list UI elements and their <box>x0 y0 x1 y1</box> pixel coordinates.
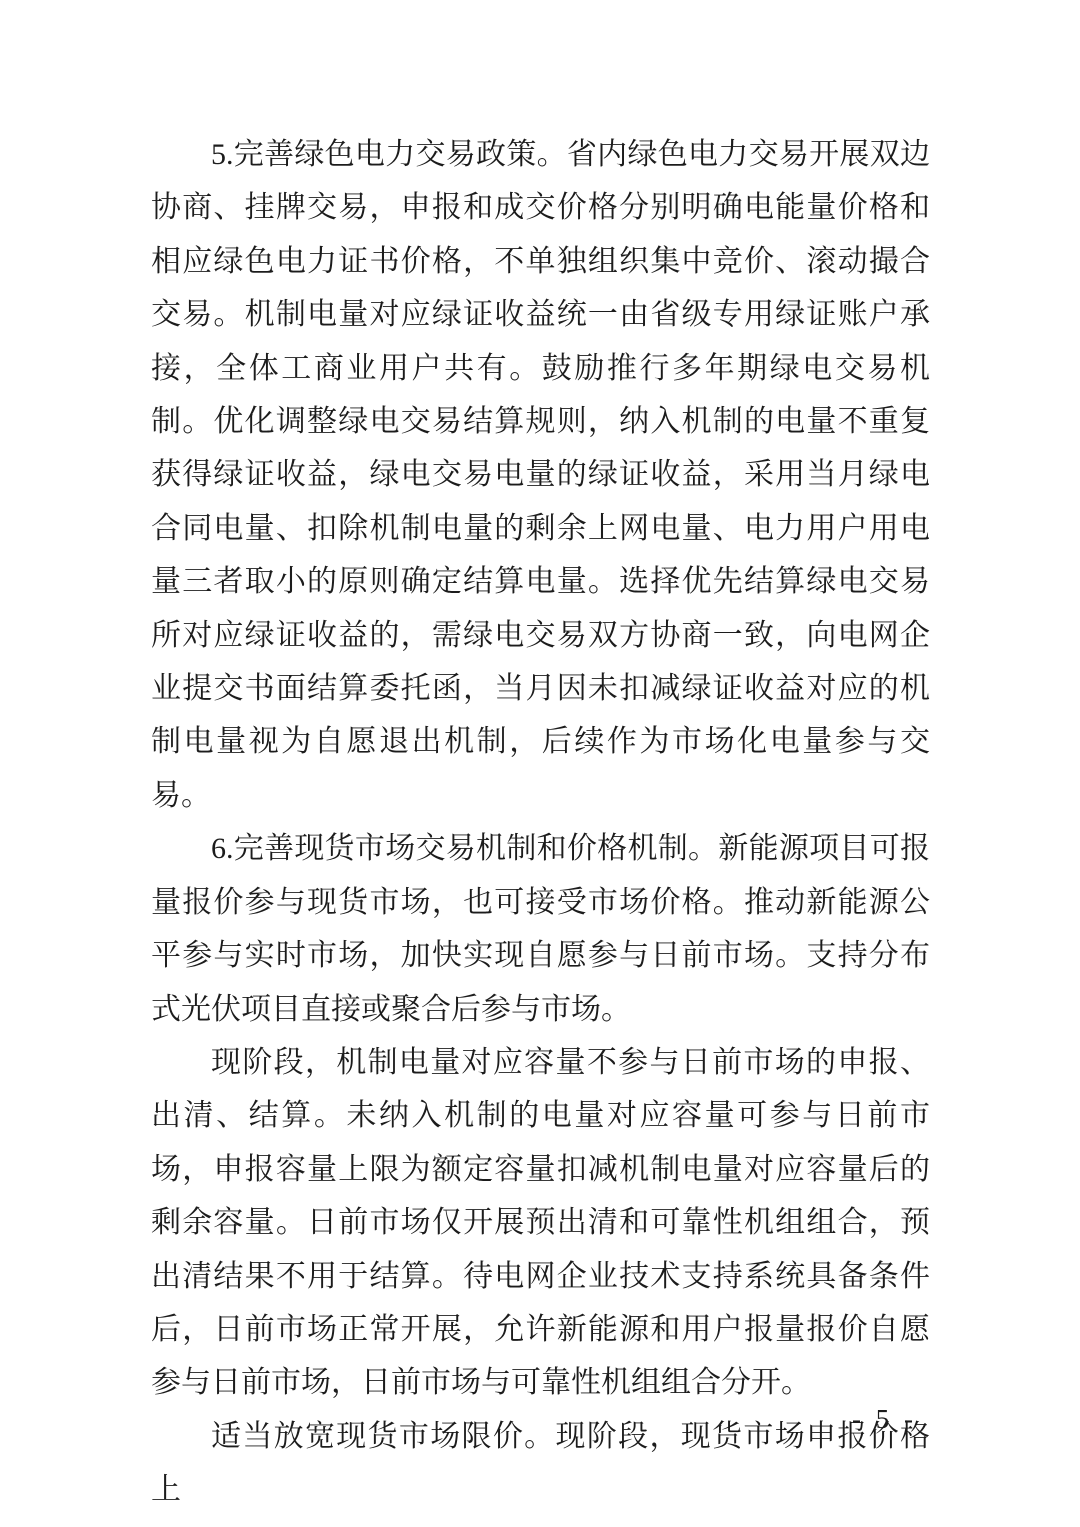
document-page: 5.完善绿色电力交易政策。省内绿色电力交易开展双边协商、挂牌交易，申报和成交价格… <box>0 0 1080 1527</box>
paragraph-item-5-green-power-trading-policy: 5.完善绿色电力交易政策。省内绿色电力交易开展双边协商、挂牌交易，申报和成交价格… <box>151 128 930 822</box>
document-body: 5.完善绿色电力交易政策。省内绿色电力交易开展双边协商、挂牌交易，申报和成交价格… <box>151 128 930 1517</box>
paragraph-spot-market-price-limit: 适当放宽现货市场限价。现阶段，现货市场申报价格上 <box>151 1410 930 1517</box>
paragraph-current-stage-day-ahead-market: 现阶段，机制电量对应容量不参与日前市场的申报、出清、结算。未纳入机制的电量对应容… <box>151 1036 930 1410</box>
page-number: - 5 - <box>852 1404 917 1434</box>
paragraph-item-6-spot-market-mechanism: 6.完善现货市场交易机制和价格机制。新能源项目可报量报价参与现货市场，也可接受市… <box>151 822 930 1036</box>
